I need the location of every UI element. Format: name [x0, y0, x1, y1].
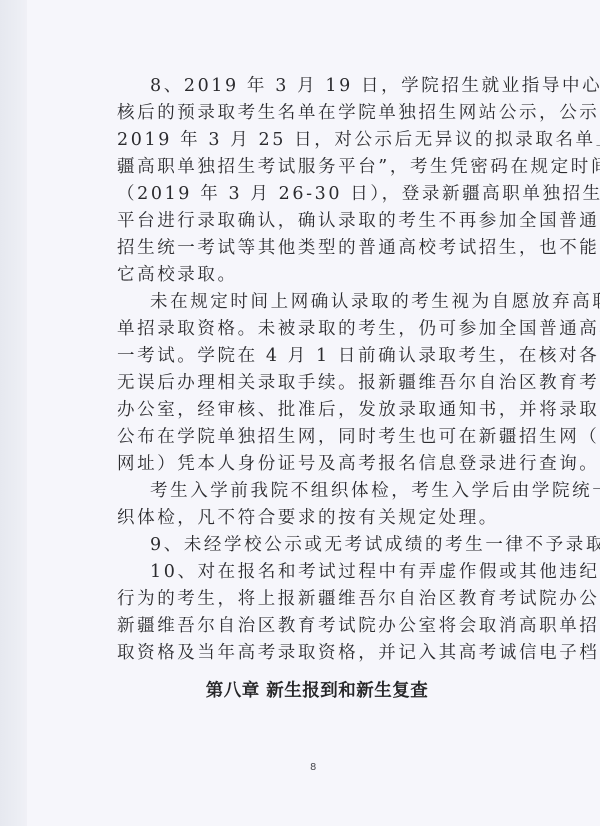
text-line: 10、对在报名和考试过程中有弄虚作假或其他违纪违规 — [117, 559, 525, 586]
text-line: 2019 年 3 月 25 日，对公示后无异议的拟录取名单上传“新 — [117, 127, 525, 154]
text-line: 8、2019 年 3 月 19 日，学院招生就业指导中心将学院审 — [117, 73, 525, 100]
text-line: 行为的考生，将上报新疆维吾尔自治区教育考试院办公室， — [117, 586, 525, 613]
text-line: 平台进行录取确认，确认录取的考生不再参加全国普通高校 — [117, 208, 525, 235]
text-line: 核后的预录取考生名单在学院单独招生网站公示，公示一周。 — [117, 100, 525, 127]
scan-edge-shadow — [0, 0, 27, 826]
text-line: 办公室，经审核、批准后，发放录取通知书，并将录取结果 — [117, 397, 525, 424]
text-line: 新疆维吾尔自治区教育考试院办公室将会取消高职单招录 — [117, 613, 525, 640]
text-line: 考生入学前我院不组织体检，考生入学后由学院统一组 — [117, 478, 525, 505]
text-line: 9、未经学校公示或无考试成绩的考生一律不予录取。 — [117, 532, 525, 559]
paragraph-item-8: 8、2019 年 3 月 19 日，学院招生就业指导中心将学院审 核后的预录取考… — [117, 73, 525, 289]
text-line: 它高校录取。 — [117, 262, 525, 289]
paragraph-item-9: 9、未经学校公示或无考试成绩的考生一律不予录取。 — [117, 532, 525, 559]
text-line: 取资格及当年高考录取资格，并记入其高考诚信电子档案。 — [117, 640, 525, 667]
text-line: 单招录取资格。未被录取的考生，仍可参加全国普通高校统 — [117, 316, 525, 343]
text-line: 网址）凭本人身份证号及高考报名信息登录进行查询。 — [117, 451, 525, 478]
page-number: 8 — [310, 762, 316, 773]
text-line: 织体检，凡不符合要求的按有关规定处理。 — [117, 505, 525, 532]
text-line: 疆高职单独招生考试服务平台”，考生凭密码在规定时间 — [117, 154, 525, 181]
paragraph-confirmation: 未在规定时间上网确认录取的考生视为自愿放弃高职 单招录取资格。未被录取的考生，仍… — [117, 289, 525, 478]
document-body: 8、2019 年 3 月 19 日，学院招生就业指导中心将学院审 核后的预录取考… — [117, 73, 525, 667]
chapter-heading: 第八章 新生报到和新生复查 — [0, 677, 600, 702]
text-line: 无误后办理相关录取手续。报新疆维吾尔自治区教育考试院 — [117, 370, 525, 397]
text-line: 一考试。学院在 4 月 1 日前确认录取考生，在核对各项信息 — [117, 343, 525, 370]
text-line: 招生统一考试等其他类型的普通高校考试招生，也不能被其 — [117, 235, 525, 262]
text-line: 未在规定时间上网确认录取的考生视为自愿放弃高职 — [117, 289, 525, 316]
text-line: 公布在学院单独招生网，同时考生也可在新疆招生网（报名 — [117, 424, 525, 451]
text-line: （2019 年 3 月 26-30 日），登录新疆高职单独招生考试服务 — [117, 181, 525, 208]
paragraph-health-check: 考生入学前我院不组织体检，考生入学后由学院统一组 织体检，凡不符合要求的按有关规… — [117, 478, 525, 532]
paragraph-item-10: 10、对在报名和考试过程中有弄虚作假或其他违纪违规 行为的考生，将上报新疆维吾尔… — [117, 559, 525, 667]
